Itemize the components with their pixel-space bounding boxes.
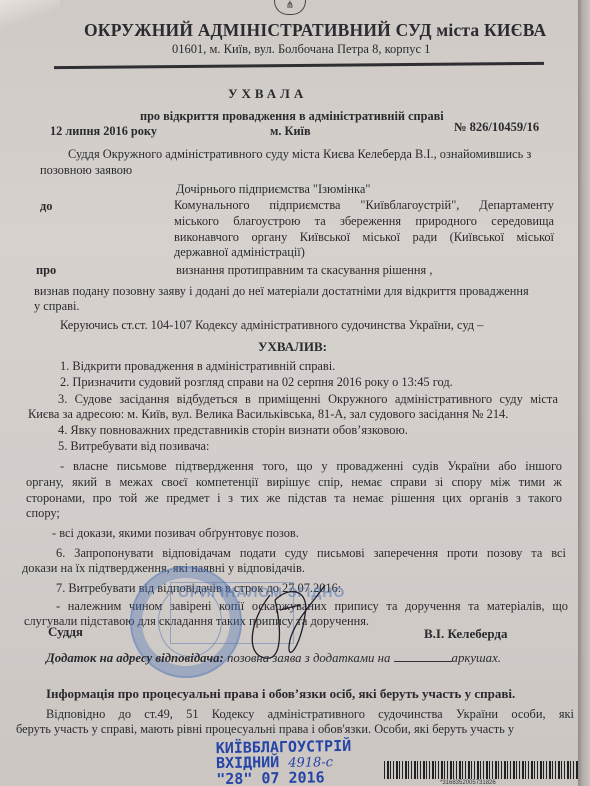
conclusion-line-2: у справі. (34, 299, 80, 314)
ruling-heading: УХВАЛИВ: (258, 339, 327, 355)
case-number: № 826/10459/16 (454, 120, 539, 135)
document-city: м. Київ (270, 124, 311, 139)
barcode-number: *3168352005731826 (440, 780, 496, 786)
incoming-date: "28" 07 2016 (216, 770, 352, 786)
document-date: 12 липня 2016 року (50, 124, 157, 139)
sheet-count-blank (394, 651, 452, 662)
ruling-item: 1. Відкрити провадження в адміністративн… (60, 359, 335, 374)
ruling-item: 3. Судове засідання відбудеться в приміщ… (58, 391, 558, 407)
ruling-item: - всі докази, якими позивач обґрунтовує … (52, 526, 299, 541)
defendant-line-2: міського благоустрою та збереження приро… (174, 213, 554, 229)
coat-of-arms-icon: ⋔ (274, 0, 306, 15)
ruling-item: - власне письмове підтвердження того, що… (60, 458, 562, 474)
to-label: до (40, 199, 52, 214)
document-title: УХВАЛА (228, 86, 307, 102)
ruling-item: 5. Витребувати від позивача: (58, 439, 210, 454)
attachment-text: позовна заява з додатками на (227, 651, 390, 665)
rights-line-2: беруть участь у справі, мають рівні проц… (16, 722, 514, 737)
ruling-item: сторонами, про той же предмет і з тих же… (26, 490, 562, 506)
rights-line-1: Відповідно до ст.49, 51 Кодексу адмініст… (46, 706, 574, 722)
defendant-line-1: Комунального підприємства "Київблагоустр… (174, 197, 554, 213)
attachment-label: Додаток на адресу відповідача: (46, 651, 224, 665)
about-label: про (36, 263, 56, 278)
intro-line-1: Суддя Окружного адміністративного суду м… (68, 147, 531, 162)
plaintiff: Дочірнього підприємства "Ізюмінка" (176, 182, 370, 197)
attachment-suffix: аркушах. (452, 651, 501, 665)
subject: визнання протиправним та скасування ріше… (176, 263, 432, 278)
judge-name: В.І. Келеберда (424, 626, 507, 642)
conclusion-line-1: визнав подану позовну заяву і додані до … (34, 284, 529, 299)
judge-role: Суддя (48, 624, 83, 640)
ruling-item: Києва за адресою: м. Київ, вул. Велика В… (28, 407, 508, 422)
incoming-registration-stamp: КИЇВБЛАГОУСТРІЙ ВХІДНИЙ 4918-с "28" 07 2… (216, 739, 352, 786)
defendant-line-3: виконавчого органу Київської міської рад… (174, 229, 554, 245)
legal-basis: Керуючись ст.ст. 104-107 Кодексу адмініс… (60, 318, 483, 333)
page-curl (0, 0, 60, 30)
header-divider (54, 62, 544, 69)
ruling-item: 4. Явку повноважних представників сторін… (58, 423, 408, 438)
intro-line-2: позовною заявою (40, 163, 132, 178)
document-subtitle: про відкриття провадження в адміністрати… (140, 109, 444, 124)
defendant-line-4: державної адміністрації) (174, 245, 305, 260)
ruling-item: 2. Призначити судовий розгляд справи на … (60, 375, 453, 390)
barcode (384, 761, 580, 779)
court-name: ОКРУЖНИЙ АДМІНІСТРАТИВНИЙ СУД міста КИЄВ… (84, 20, 546, 41)
court-address: 01601, м. Київ, вул. Болбочана Петра 8, … (172, 42, 430, 57)
page-edge-shadow (578, 0, 590, 786)
document-page: ⋔ ОКРУЖНИЙ АДМІНІСТРАТИВНИЙ СУД міста КИ… (0, 0, 578, 786)
rights-heading: Інформація про процесуальні права і обов… (46, 686, 515, 702)
attachment-note: Додаток на адресу відповідача: позовна з… (46, 651, 501, 666)
ruling-item: органу, який в межах своєї компетенції в… (26, 474, 562, 490)
ruling-item: спору; (26, 506, 60, 521)
ruling-item: 6. Запропонувати відповідачам подати суд… (56, 545, 566, 561)
